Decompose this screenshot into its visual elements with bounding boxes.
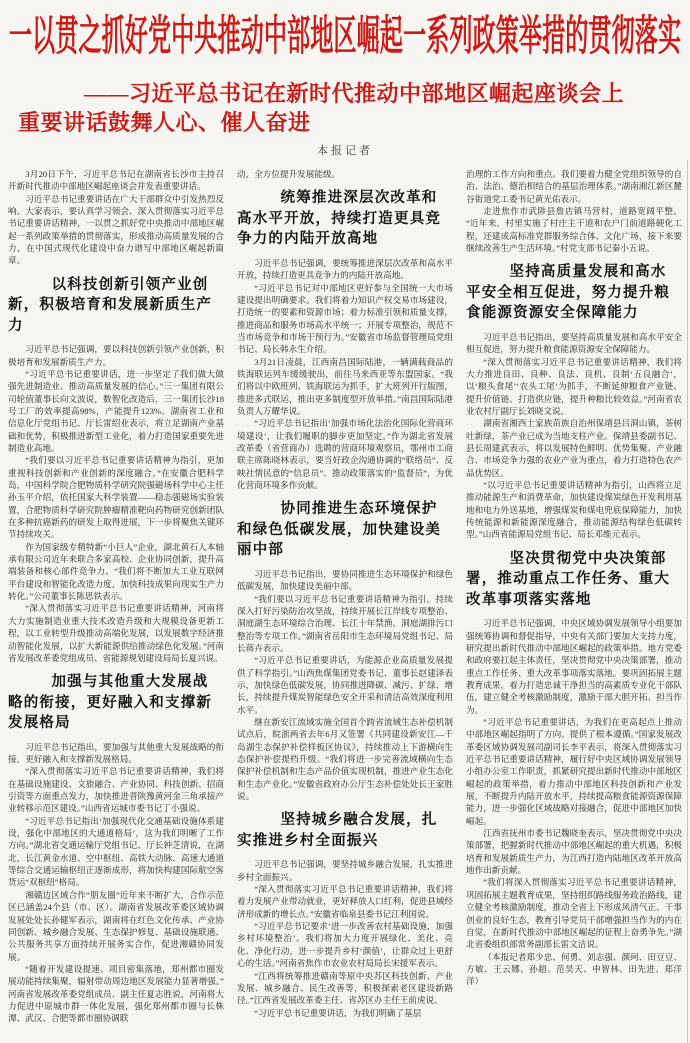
- article-paragraph: “习近平总书记要求‘进一步改善农村基础设施，加强乡村环境整治’。我们将加大力度开…: [237, 920, 453, 969]
- article-paragraph: “习近平总书记对中部地区更好参与全国统一大市场建设提出明确要求。我们将着力知识产…: [237, 282, 453, 356]
- article-paragraph: “随着开发建设提速、项目密集落地，郑州都市圈发展动能持续集聚，辐射带动周边地区发…: [8, 963, 224, 1025]
- article-paragraph: 习近平总书记强调，中央区域协调发展领导小组要加强统筹协调和督促指导，中央有关部门…: [466, 617, 682, 716]
- article-paragraph: 习近平总书记指出，要坚持高质量发展和高水平安全相互促进，努力提升粮食能源资源安全…: [466, 331, 682, 356]
- headline-text: 一以贯之抓好党中央推动中部地区崛起一系列政策举措的贯彻落实: [9, 13, 681, 59]
- article-paragraph: “深入贯彻落实习近平总书记重要讲话精神，我们将在基础设施建设、文旅融合、产业协同…: [8, 765, 224, 814]
- article-paragraph: “我们将深入贯彻落实习近平总书记重要讲话精神，巩固拓展主题教育成果，坚持组织路线…: [466, 876, 682, 950]
- article-paragraph: “以习近平总书记重要讲话精神为指引，山西将立足推动能源生产和消费革命，加快建设煤…: [466, 479, 682, 541]
- section-heading: 以科技创新引领产业创新，积极培育和发展新质生产力: [8, 275, 224, 337]
- article-paragraph: 走进焦作市武陟县詹店镇马营村，道路宽阔平整。“近年来，村里实施了村庄主干道和农户…: [466, 205, 682, 254]
- article-paragraph: （本报记者郑少忠、何勇、刘志强、颜珂、田豆豆、方敏、王云娜、孙超、范昊天、申智林…: [466, 951, 682, 988]
- article-paragraph: 作为国家级专精特新“小巨人”企业，湖北黄石人本轴承有限公司近年来联合多家高校、企…: [8, 541, 224, 603]
- article-paragraph: 习近平总书记强调，要坚持城乡融合发展，扎实推进乡村全面振兴。: [237, 858, 453, 883]
- article-paragraph: 习近平总书记强调，要以科技创新引领产业创新，积极培育和发展新质生产力。: [8, 343, 224, 368]
- section-heading: 统筹推进深层次改革和高水平开放，持续打造更具竞争力的内陆开放高地: [237, 188, 453, 250]
- article-paragraph: “深入贯彻落实习近平总书记重要讲话精神，河南将大力实施制造业重大技术改造升级和大…: [8, 602, 224, 664]
- headline: 一以贯之抓好党中央推动中部地区崛起一系列政策举措的贯彻落实: [0, 0, 690, 70]
- article-paragraph: “习近平总书记指出‘加强市场化法治化国际化营商环境建设’，让我们履职的脚步更加坚…: [237, 417, 453, 491]
- section-heading: 坚持高质量发展和高水平安全相互促进，努力提升粮食能源资源安全保障能力: [466, 262, 682, 324]
- article-header: 一以贯之抓好党中央推动中部地区崛起一系列政策举措的贯彻落实 ——习近平总书记在新…: [0, 0, 690, 159]
- article-paragraph: “我们要以习近平总书记重要讲话精神为指引，持续深入打好污染防治攻坚战，持续开展长…: [237, 593, 453, 655]
- article-paragraph: “习近平总书记重要讲话，为我们在更高起点上推动中部地区崛起指明了方向、提供了根本…: [466, 716, 682, 827]
- newspaper-page: 一以贯之抓好党中央推动中部地区崛起一系列政策举措的贯彻落实 ——习近平总书记在新…: [0, 0, 690, 1043]
- article-paragraph: 江西省抚州市委书记魏晓奎表示，坚决贯彻党中央决策部署，把握新时代推动中部地区崛起…: [466, 827, 682, 876]
- article-paragraph: “习近平总书记重要讲话，为我们明确了基层: [237, 1007, 453, 1019]
- article-paragraph: 3月21日凌晨，江西南昌国际陆港，一辆满载商品的铁海联运列车缓缓驶出，前往马来西…: [237, 356, 453, 418]
- article-paragraph: “习近平总书记重要讲话，进一步坚定了我们做大做强先进制造业、推动高质量发展的信心…: [8, 368, 224, 454]
- article-paragraph: 习近平总书记指出，要加强与其他重大发展战略的衔接，更好融入和支撑新发展格局。: [8, 741, 224, 766]
- article-paragraph: 湖南省湘西土家族苗族自治州保靖县吕洞山镇，茶树吐新绿，茶产业已成为当地支柱产业。…: [466, 417, 682, 479]
- byline: 本报记者: [0, 144, 690, 159]
- column-1: 3月20日下午，习近平总书记在湖南省长沙市主持召开新时代推动中部地区崛起座谈会并…: [8, 168, 224, 1036]
- section-heading: 加强与其他重大发展战略的衔接，更好融入和支撑新发展格局: [8, 672, 224, 734]
- article-paragraph: 治理的工作方向和重点。我们要着力健全党组织领导的自治、法治、德治相结合的基层治理…: [466, 168, 682, 205]
- article-paragraph: “我们要以习近平总书记重要讲话精神为指引，更加重视科技创新和产业创新的深度融合。…: [8, 454, 224, 540]
- article-paragraph: 3月20日下午，习近平总书记在湖南省长沙市主持召开新时代推动中部地区崛起座谈会并…: [8, 168, 224, 193]
- section-heading: 坚持城乡融合发展，扎实推进乡村全面振兴: [237, 810, 453, 851]
- article-paragraph: 湘赣边区域合作“朋友圈”近年来不断扩大，合作示范区已涵盖24个县（市、区）。湖南…: [8, 889, 224, 963]
- article-paragraph: “习近平总书记重要讲话，为能源企业高质量发展提供了科学指引。”山西焦煤集团党委书…: [237, 654, 453, 716]
- article-paragraph: 习近平总书记强调，要统筹推进深层次改革和高水平开放，持续打造更具竞争力的内陆开放…: [237, 257, 453, 282]
- article-body: 3月20日下午，习近平总书记在湖南省长沙市主持召开新时代推动中部地区崛起座谈会并…: [0, 159, 690, 1036]
- article-paragraph: 继在新安江流域实施全国首个跨省流域生态补偿机制试点后，皖浙两省去年6月又签署《共…: [237, 716, 453, 802]
- article-paragraph: 习近平总书记指出，要协同推进生态环境保护和绿色低碳发展，加快建设美丽中部。: [237, 568, 453, 593]
- article-paragraph: “深入贯彻落实习近平总书记重要讲话精神，我们将大力推进良田、良种、良法、良机、良…: [466, 356, 682, 418]
- page-edge-rule: [687, 160, 688, 1043]
- column-3: 治理的工作方向和重点。我们要着力健全党组织领导的自治、法治、德治相结合的基层治理…: [466, 168, 682, 1036]
- section-heading: 协同推进生态环境保护和绿色低碳发展，加快建设美丽中部: [237, 499, 453, 561]
- article-paragraph: 习近平总书记重要讲话在广大干部群众中引发热烈反响。大家表示，要认真学习领会、深入…: [8, 193, 224, 267]
- subheadline: ——习近平总书记在新时代推动中部地区崛起座谈会上重要讲话鼓舞人心、催人奋进: [0, 79, 630, 137]
- section-heading: 坚决贯彻党中央决策部署，推动重点工作任务、重大改革事项落实落地: [466, 549, 682, 611]
- column-2: 动，全方位提升发展能级。统筹推进深层次改革和高水平开放，持续打造更具竞争力的内陆…: [237, 168, 453, 1036]
- article-paragraph: 动，全方位提升发展能级。: [237, 168, 453, 180]
- article-paragraph: “江西将统筹推进赣南等原中央苏区科技创新、产业发展、城乡融合、民生改善等，积极探…: [237, 970, 453, 1007]
- article-paragraph: “深入贯彻落实习近平总书记重要讲话精神，我们将着力发展产业带动就业，更好释放人口…: [237, 883, 453, 920]
- article-paragraph: “习近平总书记指出‘加强现代化交通基础设施体系建设，强化中部地区的大通道格局’，…: [8, 815, 224, 889]
